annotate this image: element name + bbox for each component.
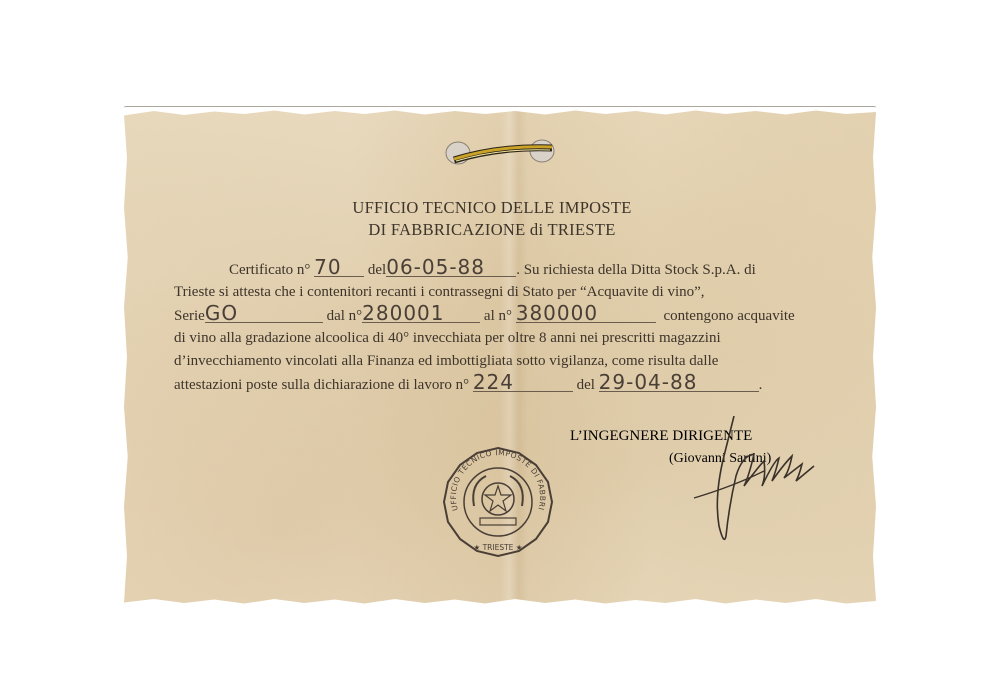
certificate-paper: UFFICIO TECNICO DELLE IMPOSTE DI FABBRIC…	[124, 108, 876, 606]
to-number: 380000	[516, 304, 656, 323]
body-line-3: SerieGO dal n°280001 al n° 380000 conten…	[174, 304, 795, 329]
serie-value: GO	[205, 304, 323, 323]
body-line-6: attestazioni poste sulla dichiarazione d…	[174, 373, 762, 398]
handwritten-signature	[684, 416, 834, 556]
svg-text:★ TRIESTE ★: ★ TRIESTE ★	[473, 543, 522, 552]
body-line-4: di vino alla gradazione alcoolica di 40°…	[174, 327, 721, 351]
paper-top-edge	[124, 106, 876, 111]
work-declaration-date: 29-04-88	[599, 373, 759, 392]
office-heading-line1: UFFICIO TECNICO DELLE IMPOSTE	[116, 198, 868, 218]
certificate-date: 06-05-88	[386, 258, 516, 277]
certificate-number: 70	[314, 258, 364, 277]
work-declaration-number: 224	[473, 373, 573, 392]
from-number: 280001	[362, 304, 480, 323]
office-heading-line2: DI FABBRICAZIONE di TRIESTE	[116, 220, 868, 240]
stamp-outer-text: UFFICIO TECNICO IMPOSTE DI FABBRICAZIONE	[440, 444, 547, 512]
body-line-1: Certificato n° 70 del06-05-88. Su richie…	[229, 258, 756, 283]
svg-text:UFFICIO TECNICO IMPOSTE DI FAB: UFFICIO TECNICO IMPOSTE DI FABBRICAZIONE	[440, 444, 547, 512]
official-stamp-icon: UFFICIO TECNICO IMPOSTE DI FABBRICAZIONE…	[440, 444, 556, 560]
gold-ribbon-icon	[444, 138, 556, 168]
